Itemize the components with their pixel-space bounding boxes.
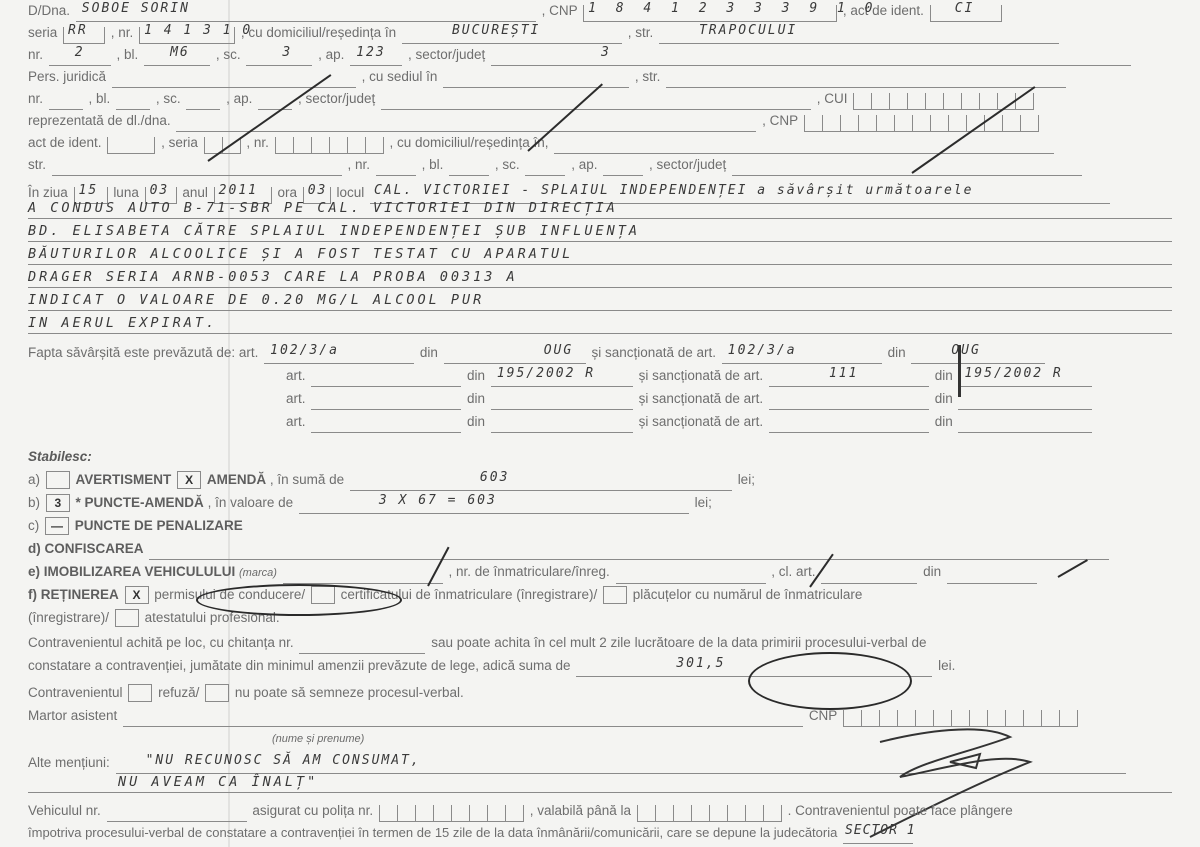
rep-nr2-field[interactable] [376,159,416,176]
person-address-row: nr. 2 , bl. M6 , sc. 3 , ap. 123 , secto… [28,44,1133,66]
cannot-sign-checkbox[interactable] [205,684,229,702]
sanction-article-field[interactable]: 111 [769,370,929,387]
rep-street-field[interactable] [52,159,342,176]
domiciliu-field[interactable]: BUCUREȘTI [402,27,622,44]
signature-refusal-row: Contravenientul refuză/ nu poate să semn… [28,682,464,704]
staircase-field[interactable]: 3 [246,49,312,66]
fine-points-checkbox[interactable]: 3 [46,494,70,512]
article-source-field[interactable]: OUG [444,347,586,364]
representative-field[interactable] [176,115,756,132]
court-field[interactable]: SECTOR 1 [843,827,913,844]
article-source-field[interactable] [491,416,633,433]
rep-address-row: str. , nr. , bl. , sc. , ap. , sector/ju… [28,154,1084,176]
name-hint: (nume și prenume) [272,728,364,750]
sanction-article-field[interactable] [769,416,929,433]
policy-number-field[interactable] [379,805,524,822]
vehicle-insurance-row: Vehiculul nr. asigurat cu polița nr. , v… [28,800,1013,822]
penalty-points-checkbox[interactable]: — [45,517,69,535]
sanction-article-field[interactable]: 102/3/a [722,347,882,364]
legal-nr-field[interactable] [49,93,83,110]
sanction-source-field[interactable] [958,416,1092,433]
fine-amount-field[interactable]: 603 [350,474,732,491]
apartment-field[interactable]: 123 [350,49,402,66]
article-row: Fapta săvârșită este prevăzută de: art. … [28,342,1047,364]
article-row: art. din și sancționată de art. din [286,388,1094,410]
legal-person-row: Pers. juridică , cu sediul în , str. [28,66,1068,88]
pen-circle-license [196,584,402,616]
registration-field[interactable] [616,567,766,584]
rep-sector-field[interactable] [732,159,1082,176]
sanction-c-row: c) — PUNCTE DE PENALIZARE [28,515,243,537]
article-row: art. din și sancționată de art. din [286,411,1094,433]
sanction-e-row: e) IMOBILIZAREA VEHICULULUI (marca) , nr… [28,561,1039,583]
refuses-checkbox[interactable] [128,684,152,702]
article-source-field[interactable]: 195/2002 R [491,370,633,387]
payment-row: Contravenientul achită pe loc, cu chitan… [28,632,926,654]
cl-art-field[interactable] [821,567,917,584]
description-line[interactable]: A CONDUS AUTO B-71-SBR PE CAL. VICTORIEI… [28,196,1172,219]
fine-points-value-field[interactable]: 3 X 67 = 603 [299,497,689,514]
sanctions-heading: Stabilesc: [28,446,92,468]
valid-until-field[interactable] [637,805,782,822]
rep-ap-field[interactable] [603,159,643,176]
witness-name-field[interactable] [123,710,803,727]
article-row: art. din 195/2002 R și sancționată de ar… [286,365,1094,387]
description-line[interactable]: DRAGER SERIA ARNB-0053 CARE LA PROBA 003… [28,265,1172,288]
sanction-f-row: f) REȚINEREA X permisului de conducere/ … [28,584,862,606]
professional-cert-checkbox[interactable] [115,609,139,627]
article-field[interactable] [311,393,461,410]
rep-nr-field[interactable] [275,137,384,154]
e-din-field[interactable] [947,567,1037,584]
rep-bl-field[interactable] [449,159,489,176]
description-line[interactable]: IN AERUL EXPIRAT. [28,311,1172,334]
person-id-row: seria RR , nr. 1 4 1 3 1 0 , cu domicili… [28,22,1061,44]
license-retention-checkbox[interactable]: X [125,586,149,604]
legal-sector-field[interactable] [381,93,811,110]
sanction-source-field[interactable]: 195/2002 R [958,370,1092,387]
legal-street-field[interactable] [666,71,1066,88]
legal-address-row: nr. , bl. , sc. , ap. , sector/județ , C… [28,88,1036,110]
article-field[interactable] [311,370,461,387]
block-field[interactable]: M6 [144,49,210,66]
description-line[interactable]: INDICAT O VALOARE DE 0.20 MG/L ALCOOL PU… [28,288,1172,311]
description-line[interactable]: BĂUTURILOR ALCOOLICE ȘI A FOST TESTAT CU… [28,242,1172,265]
legal-ap-field[interactable] [258,93,292,110]
legal-bl-field[interactable] [116,93,150,110]
street-field[interactable]: TRAPOCULUI [659,27,1059,44]
representative-row: reprezentată de dl./dna. , CNP [28,110,1041,132]
legal-person-field[interactable] [112,71,356,88]
street-number-field[interactable]: 2 [49,49,111,66]
vehicle-make-field[interactable] [283,567,443,584]
receipt-number-field[interactable] [299,637,425,654]
sanction-source-field[interactable]: OUG [911,347,1045,364]
rep-domiciliu-field[interactable] [554,137,1054,154]
article-field[interactable]: 102/3/a [264,347,414,364]
confiscation-field[interactable] [149,543,1109,560]
pen-slash [1058,559,1088,578]
sanction-d-row: d) CONFISCAREA [28,538,1172,560]
representative-cnp-field[interactable] [804,115,1039,132]
legal-sc-field[interactable] [186,93,220,110]
pen-circle-amount [748,652,912,710]
sanction-a-row: a) AVERTISMENT X AMENDĂ , în sumă de 603… [28,469,755,491]
sanction-b-row: b) 3 * PUNCTE-AMENDĂ , în valoare de 3 X… [28,492,712,514]
traffic-violation-report: D/Dna. SOBOE SORIN , CNP 1 8 4 1 2 3 3 3… [0,0,1200,847]
rep-act-field[interactable] [107,137,155,154]
sector-field[interactable]: 3 [491,49,1131,66]
sanction-source-field[interactable] [958,393,1092,410]
vertical-pen-mark [958,345,961,397]
sanction-article-field[interactable] [769,393,929,410]
description-line[interactable]: BD. ELISABETA CĂTRE SPLAIUL INDEPENDENȚE… [28,219,1172,242]
warning-checkbox[interactable] [46,471,70,489]
complaint-row: împotriva procesului-verbal de constatar… [28,822,915,844]
plates-checkbox[interactable] [603,586,627,604]
article-field[interactable] [311,416,461,433]
person-name-row: D/Dna. SOBOE SORIN , CNP 1 8 4 1 2 3 3 3… [28,0,1004,22]
rep-sc-field[interactable] [525,159,565,176]
article-source-field[interactable] [491,393,633,410]
act-ident-field[interactable]: CI [930,5,1002,22]
vehicle-number-field[interactable] [107,805,247,822]
fine-checkbox[interactable]: X [177,471,201,489]
